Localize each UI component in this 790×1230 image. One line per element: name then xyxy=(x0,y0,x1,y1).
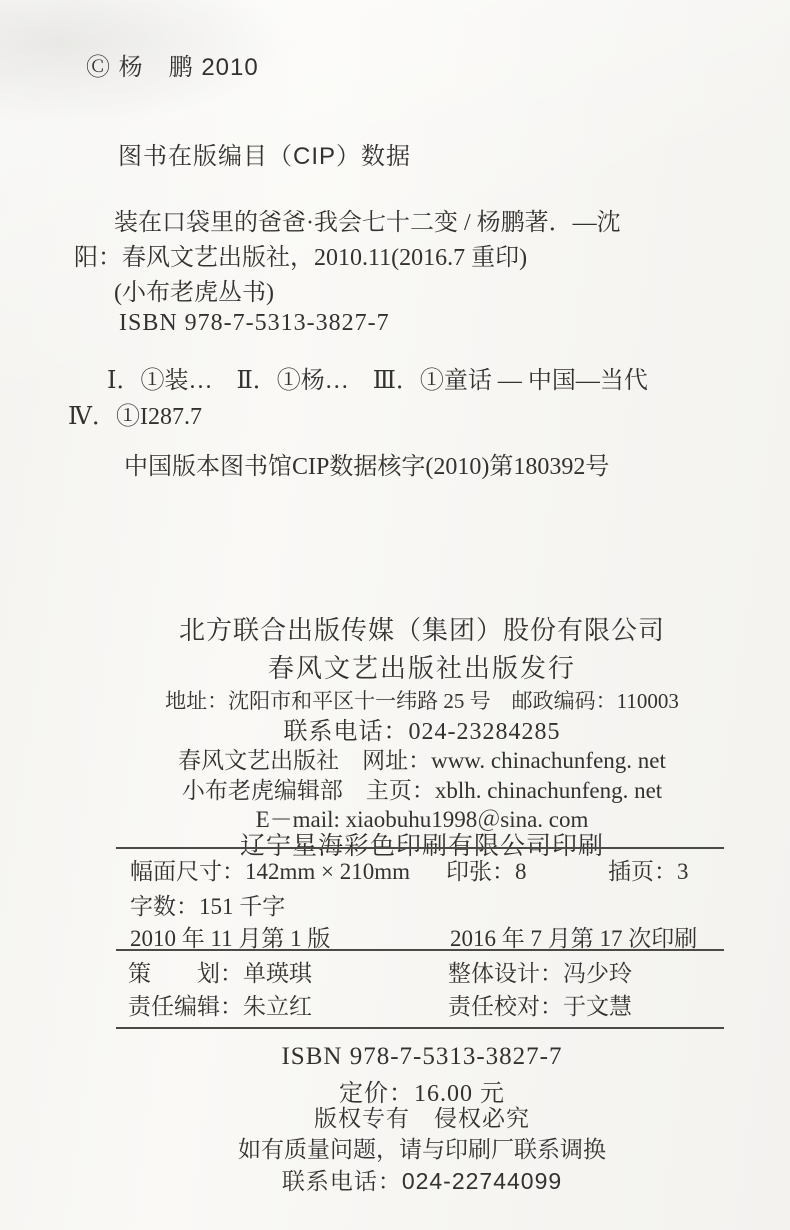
colophon-divider-top xyxy=(116,847,724,849)
cip-series: (小布老虎丛书) xyxy=(114,278,274,308)
spec-inserts: 插页：3 xyxy=(608,858,689,887)
publisher-imprint: 春风文艺出版社出版发行 xyxy=(54,648,790,685)
credit-editor: 责任编辑：朱立红 xyxy=(128,993,312,1022)
service-phone: 联系电话：024-22744099 xyxy=(54,1163,790,1196)
cip-title-line-1: 装在口袋里的爸爸·我会七十二变 / 杨鹏著．—沈 xyxy=(114,208,621,238)
cip-heading: 图书在版编目（CIP）数据 xyxy=(118,142,411,172)
spec-size: 幅面尺寸：142mm × 210mm xyxy=(130,858,410,887)
publisher-phone: 联系电话：024-23284285 xyxy=(54,711,790,746)
copyright-page: Ⓒ 杨 鹏 2010 图书在版编目（CIP）数据 装在口袋里的爸爸·我会七十二变… xyxy=(0,0,790,1230)
publisher-website: 春风文艺出版社 网址：www. chinachunfeng. net xyxy=(54,742,790,775)
cip-isbn: ISBN 978-7-5313-3827-7 xyxy=(119,308,390,338)
colophon-divider-middle xyxy=(116,949,724,951)
spec-word-count: 字数：151 千字 xyxy=(130,893,285,922)
credit-planning: 策 划：单瑛琪 xyxy=(128,960,312,989)
cip-title-line-2: 阳：春风文艺出版社，2010.11(2016.7 重印) xyxy=(74,243,527,273)
cip-record-number: 中国版本图书馆CIP数据核字(2010)第180392号 xyxy=(124,452,609,482)
rights-notice: 版权专有 侵权必究 xyxy=(54,1100,790,1133)
spec-sheets: 印张：8 xyxy=(446,858,527,887)
colophon-divider-bottom xyxy=(116,1027,724,1029)
footer-isbn: ISBN 978-7-5313-3827-7 xyxy=(54,1043,790,1071)
cip-classification-line-2: Ⅳ．①I287.7 xyxy=(68,402,202,432)
printer-name: 辽宁星海彩色印刷有限公司印刷 xyxy=(54,826,790,862)
quality-notice: 如有质量问题，请与印刷厂联系调换 xyxy=(54,1131,790,1164)
credit-proofreader: 责任校对：于文慧 xyxy=(448,993,632,1022)
cip-classification-line-1: Ⅰ．①装… Ⅱ．①杨… Ⅲ．①童话 — 中国—当代 xyxy=(107,366,648,396)
publisher-group: 北方联合出版传媒（集团）股份有限公司 xyxy=(54,610,790,647)
copyright-notice: Ⓒ 杨 鹏 2010 xyxy=(86,53,259,83)
credit-design: 整体设计：冯少玲 xyxy=(448,960,632,989)
